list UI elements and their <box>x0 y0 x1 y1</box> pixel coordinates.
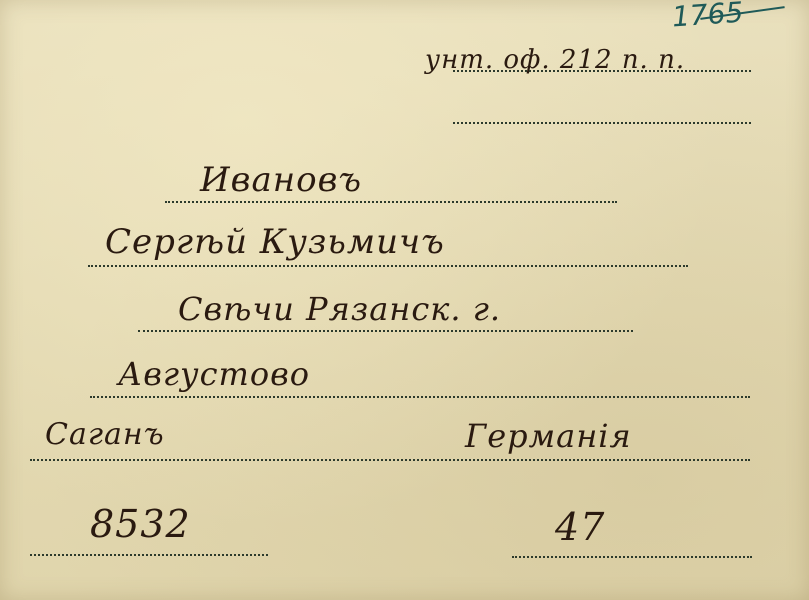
rule-line-origin <box>138 330 633 332</box>
rule-line-1 <box>453 70 751 72</box>
name-patronymic: Сергѣй Кузьмичъ <box>105 222 445 262</box>
place-of-origin: Свѣчи Рязанск. г. <box>178 290 501 328</box>
rule-line-capture <box>90 396 750 398</box>
surname: Ивановъ <box>200 160 362 200</box>
archival-index-card: 1765 унт. оф. 212 п. п. Ивановъ Сергѣй К… <box>0 0 809 600</box>
rule-line-2 <box>453 122 751 124</box>
rule-line-record <box>30 554 268 556</box>
list-number: 47 <box>555 505 605 549</box>
rule-line-list <box>512 556 752 558</box>
rule-line-name <box>88 265 688 267</box>
rule-line-surname <box>165 201 617 203</box>
country: Германія <box>465 417 632 455</box>
camp-location: Саганъ <box>45 417 165 452</box>
place-of-capture: Августово <box>118 355 310 393</box>
rule-line-location <box>30 459 750 461</box>
record-number: 8532 <box>90 502 191 546</box>
